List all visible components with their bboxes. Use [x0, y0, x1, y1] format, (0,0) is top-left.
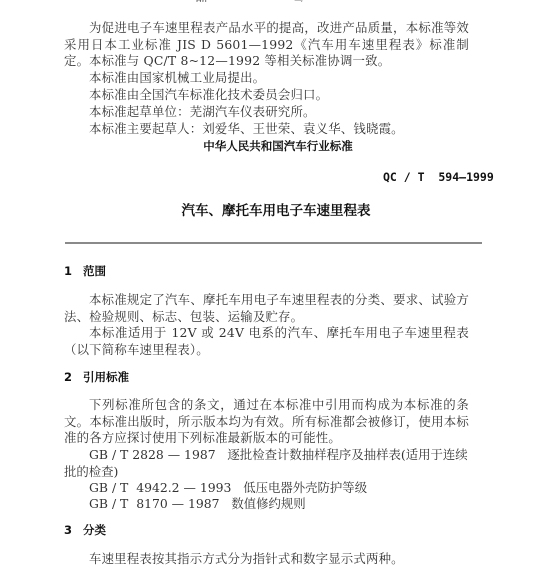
standard-code: QC / T 594—1999 [383, 170, 494, 184]
section-number: 2 [64, 370, 83, 384]
foreword-paragraph-2: 本标准与 QC/T 8~12—1992 等相关标准协调一致。 [64, 53, 469, 70]
section-1-paragraph-1: 本标准规定了汽车、摩托车用电子车速里程表的分类、要求、试验方法、检验规则、标志、… [64, 292, 469, 325]
page-header-cutoff: 前 言 [0, 0, 540, 2]
section-1-paragraph-2: 本标准适用于 12V 或 24V 电系的汽车、摩托车用电子车速里程表（以下简称车… [64, 325, 469, 358]
reference-code: GB / T 8170 — 1987 [89, 496, 220, 511]
foreword-paragraph-5: 本标准起草单位：芜湖汽车仪表研究所。 [64, 104, 469, 121]
foreword-paragraph-6: 本标准主要起草人：刘爱华、王世荣、袁义华、钱晓霞。 [64, 121, 469, 138]
section-number: 1 [64, 264, 83, 278]
section-title: 范围 [83, 264, 106, 278]
section-3-paragraph-1: 车速里程表按其指示方式分为指针式和数字显示式两种。 [64, 551, 469, 568]
reference-code: GB / T 2828 — 1987 [89, 447, 216, 462]
reference-title: 数值修约规则 [231, 496, 305, 511]
section-number: 3 [64, 523, 83, 537]
section-title: 分类 [83, 523, 106, 537]
reference-code: GB / T 4942.2 — 1993 [89, 480, 231, 495]
foreword-paragraph-3: 本标准由国家机械工业局提出。 [64, 70, 469, 87]
section-1-heading: 1范围 [64, 263, 106, 279]
section-title: 引用标准 [83, 370, 129, 384]
section-2-heading: 2引用标准 [64, 369, 129, 385]
reference-item: GB / T 4942.2 — 1993 低压电器外壳防护等级 [89, 480, 469, 497]
standard-issuer: 中华人民共和国汽车行业标准 [0, 138, 540, 154]
reference-item: GB / T 2828 — 1987 逐批检查计数抽样程序及抽样表(适用于连续批… [64, 447, 469, 480]
reference-title: 低压电器外壳防护等级 [243, 480, 367, 495]
title-divider [65, 242, 482, 244]
document-title: 汽车、摩托车用电子车速里程表 [0, 199, 540, 219]
section-3-heading: 3分类 [64, 522, 106, 538]
section-2-paragraph-1: 下列标准所包含的条文，通过在本标准中引用而构成为本标准的条文。本标准出版时，所示… [64, 397, 469, 447]
foreword-paragraph-4: 本标准由全国汽车标准化技术委员会归口。 [64, 87, 469, 104]
document-page: 前 言 为促进电子车速里程表产品水平的提高，改进产品质量，本标准等效采用日本工业… [0, 0, 540, 581]
reference-item: GB / T 8170 — 1987 数值修约规则 [89, 496, 469, 513]
